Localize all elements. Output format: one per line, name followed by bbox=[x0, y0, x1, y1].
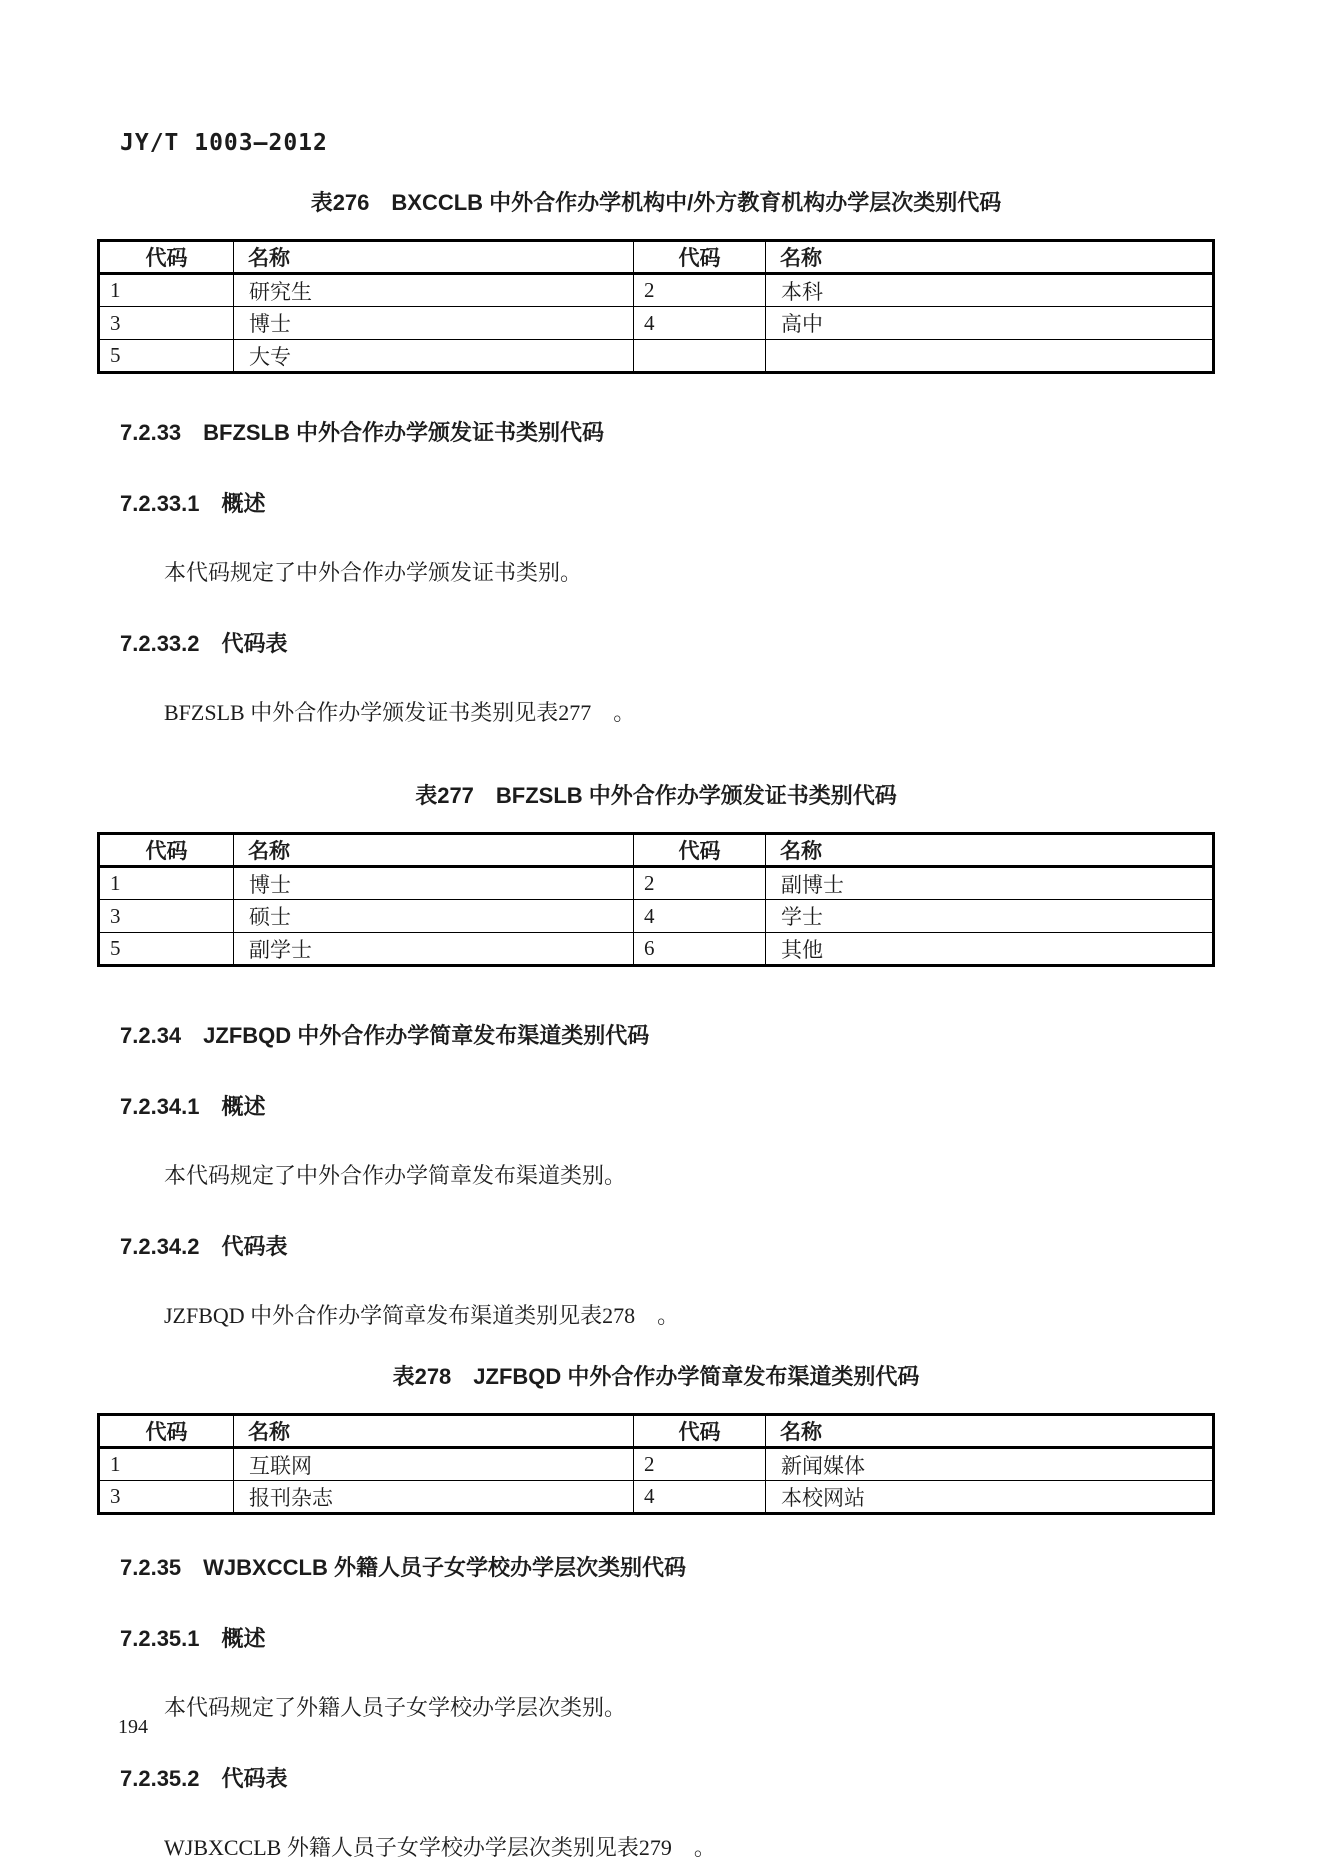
cell-code: 3 bbox=[99, 1481, 234, 1514]
column-header-code: 代码 bbox=[634, 241, 766, 274]
page-number: 194 bbox=[118, 1716, 148, 1739]
cell-code: 1 bbox=[99, 1448, 234, 1481]
cell-name: 互联网 bbox=[234, 1448, 634, 1481]
column-header-code: 代码 bbox=[634, 834, 766, 867]
cell-code: 2 bbox=[634, 1448, 766, 1481]
table-276-header-row: 代码 名称 代码 名称 bbox=[99, 241, 1214, 274]
cell-code: 1 bbox=[99, 274, 234, 307]
cell-code: 4 bbox=[634, 1481, 766, 1514]
column-header-name: 名称 bbox=[234, 834, 634, 867]
paragraph-overview: 本代码规定了外籍人员子女学校办学层次类别。 bbox=[120, 1691, 1215, 1722]
cell-code: 1 bbox=[99, 867, 234, 900]
table-row: 5 副学士 6 其他 bbox=[99, 933, 1214, 966]
paragraph-overview: 本代码规定了中外合作办学简章发布渠道类别。 bbox=[120, 1159, 1215, 1190]
table-row: 1 博士 2 副博士 bbox=[99, 867, 1214, 900]
cell-name: 副博士 bbox=[766, 867, 1214, 900]
table-row: 1 研究生 2 本科 bbox=[99, 274, 1214, 307]
cell-name: 新闻媒体 bbox=[766, 1448, 1214, 1481]
column-header-code: 代码 bbox=[99, 1415, 234, 1448]
cell-name: 高中 bbox=[766, 307, 1214, 340]
column-header-name: 名称 bbox=[766, 834, 1214, 867]
section-heading-7-2-35-1: 7.2.35.1 概述 bbox=[120, 1622, 1215, 1653]
column-header-name: 名称 bbox=[234, 1415, 634, 1448]
section-heading-7-2-35-2: 7.2.35.2 代码表 bbox=[120, 1762, 1215, 1793]
cell-code bbox=[634, 340, 766, 373]
column-header-name: 名称 bbox=[766, 1415, 1214, 1448]
cell-name: 博士 bbox=[234, 867, 634, 900]
table-276: 代码 名称 代码 名称 1 研究生 2 本科 3 博士 4 高中 bbox=[97, 239, 1215, 374]
table-277-header-row: 代码 名称 代码 名称 bbox=[99, 834, 1214, 867]
cell-name: 硕士 bbox=[234, 900, 634, 933]
cell-name: 大专 bbox=[234, 340, 634, 373]
column-header-name: 名称 bbox=[234, 241, 634, 274]
cell-code: 4 bbox=[634, 900, 766, 933]
cell-code: 6 bbox=[634, 933, 766, 966]
cell-name: 本科 bbox=[766, 274, 1214, 307]
page-content: JY/T 1003—2012 表276 BXCCLB 中外合作办学机构中/外方教… bbox=[0, 0, 1323, 1862]
column-header-code: 代码 bbox=[99, 241, 234, 274]
table-278-header-row: 代码 名称 代码 名称 bbox=[99, 1415, 1214, 1448]
paragraph-overview: 本代码规定了中外合作办学颁发证书类别。 bbox=[120, 556, 1215, 587]
section-heading-7-2-34: 7.2.34 JZFBQD 中外合作办学简章发布渠道类别代码 bbox=[120, 1019, 1215, 1050]
paragraph-codetable-ref: JZFBQD 中外合作办学简章发布渠道类别见表278 。 bbox=[120, 1299, 1215, 1330]
cell-code: 3 bbox=[99, 307, 234, 340]
document-page: JY/T 1003—2012 表276 BXCCLB 中外合作办学机构中/外方教… bbox=[0, 0, 1323, 1871]
cell-code: 3 bbox=[99, 900, 234, 933]
cell-code: 5 bbox=[99, 340, 234, 373]
cell-code: 5 bbox=[99, 933, 234, 966]
section-heading-7-2-33-2: 7.2.33.2 代码表 bbox=[120, 627, 1215, 658]
section-heading-7-2-35: 7.2.35 WJBXCCLB 外籍人员子女学校办学层次类别代码 bbox=[120, 1551, 1215, 1582]
section-heading-7-2-33-1: 7.2.33.1 概述 bbox=[120, 487, 1215, 518]
section-heading-7-2-34-2: 7.2.34.2 代码表 bbox=[120, 1230, 1215, 1261]
column-header-name: 名称 bbox=[766, 241, 1214, 274]
table-278-title: 表278 JZFBQD 中外合作办学简章发布渠道类别代码 bbox=[97, 1360, 1215, 1391]
section-heading-7-2-33: 7.2.33 BFZSLB 中外合作办学颁发证书类别代码 bbox=[120, 416, 1215, 447]
table-277-title: 表277 BFZSLB 中外合作办学颁发证书类别代码 bbox=[97, 779, 1215, 810]
column-header-code: 代码 bbox=[634, 1415, 766, 1448]
table-277: 代码 名称 代码 名称 1 博士 2 副博士 3 硕士 4 学士 bbox=[97, 832, 1215, 967]
cell-code: 2 bbox=[634, 867, 766, 900]
table-278: 代码 名称 代码 名称 1 互联网 2 新闻媒体 3 报刊杂志 4 本校网站 bbox=[97, 1413, 1215, 1515]
table-row: 3 报刊杂志 4 本校网站 bbox=[99, 1481, 1214, 1514]
paragraph-codetable-ref: WJBXCCLB 外籍人员子女学校办学层次类别见表279 。 bbox=[120, 1831, 1215, 1862]
cell-name: 报刊杂志 bbox=[234, 1481, 634, 1514]
cell-code: 2 bbox=[634, 274, 766, 307]
table-276-title: 表276 BXCCLB 中外合作办学机构中/外方教育机构办学层次类别代码 bbox=[97, 186, 1215, 217]
table-row: 5 大专 bbox=[99, 340, 1214, 373]
cell-name bbox=[766, 340, 1214, 373]
cell-name: 学士 bbox=[766, 900, 1214, 933]
cell-name: 博士 bbox=[234, 307, 634, 340]
column-header-code: 代码 bbox=[99, 834, 234, 867]
cell-name: 本校网站 bbox=[766, 1481, 1214, 1514]
paragraph-codetable-ref: BFZSLB 中外合作办学颁发证书类别见表277 。 bbox=[120, 696, 1215, 727]
table-row: 3 硕士 4 学士 bbox=[99, 900, 1214, 933]
cell-name: 研究生 bbox=[234, 274, 634, 307]
section-heading-7-2-34-1: 7.2.34.1 概述 bbox=[120, 1090, 1215, 1121]
cell-code: 4 bbox=[634, 307, 766, 340]
document-code-header: JY/T 1003—2012 bbox=[120, 130, 1215, 156]
table-row: 3 博士 4 高中 bbox=[99, 307, 1214, 340]
cell-name: 其他 bbox=[766, 933, 1214, 966]
cell-name: 副学士 bbox=[234, 933, 634, 966]
table-row: 1 互联网 2 新闻媒体 bbox=[99, 1448, 1214, 1481]
